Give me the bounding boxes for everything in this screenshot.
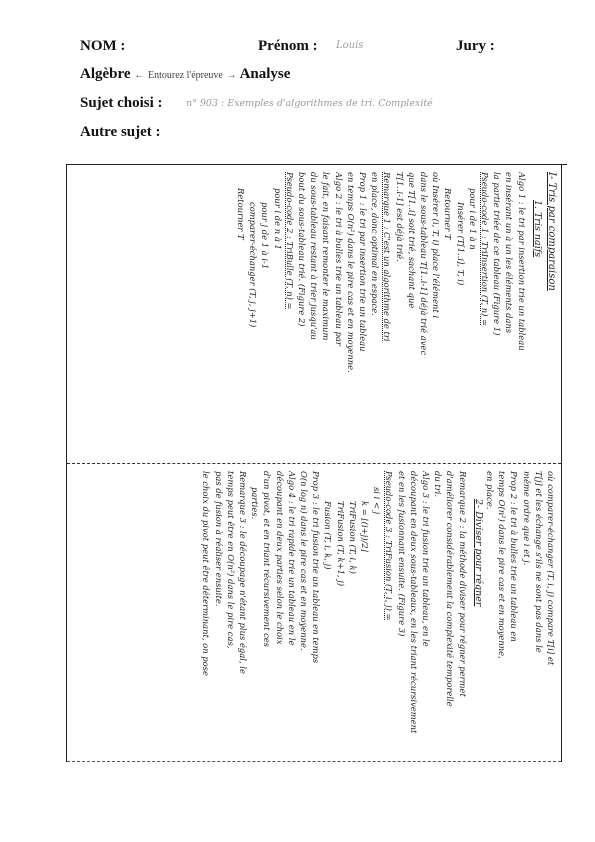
text-line: T[1..i-1] est déjà trié. <box>393 172 405 456</box>
arrow-left-icon: ← <box>134 70 144 81</box>
text-line: Retourner T <box>442 188 454 456</box>
text-line: TriFusion (T, i, k) <box>347 501 359 755</box>
lower-panel-text: où comparer-échanger (T, i, j) compare T… <box>67 465 561 761</box>
text-line: découpant en deux parties selon le choix <box>273 471 285 755</box>
subsection-title: 2- Diviser pour régner <box>472 499 484 755</box>
text-line: la partie triée de ce tableau (Figure 1) <box>491 172 503 456</box>
sujet-label: Sujet choisi : <box>80 95 163 112</box>
text-line: où Insérer (i, T, i) place l'élément i <box>430 172 442 456</box>
text-line: pas de fusion à réaliser ensuite. <box>212 471 224 755</box>
text-line: Prop 2 : le tri à bulles trie un tableau… <box>508 471 520 755</box>
text-line: du tri. <box>432 471 444 755</box>
box-bottom-border <box>67 761 561 762</box>
epreuve-line: Algèbre ← Entourez l'épreuve → Analyse <box>80 66 290 83</box>
text-line: découpant en deux sous-tableaux, en les … <box>408 471 420 755</box>
text-line: Algo 2 : le tri à bulles trie un tableau… <box>332 172 344 456</box>
text-line: Remarque 3 : le découpage n'étant plus é… <box>237 471 249 755</box>
arrow-right-icon: → <box>227 70 237 81</box>
text-line: pour j de 1 à i-1 <box>259 202 271 456</box>
autre-sujet-label: Autre sujet : <box>80 124 161 141</box>
text-line: Prop 1 : le tri par insertion trie un ta… <box>357 172 369 456</box>
jury-label: Jury : <box>456 38 495 55</box>
text-line: Pseudo-code 1 : TriInsertion (T, n) = <box>479 172 491 456</box>
upper-panel: I- Tris par comparaison 1. Tris naïfs Al… <box>67 166 561 462</box>
answer-box: I- Tris par comparaison 1. Tris naïfs Al… <box>66 164 562 762</box>
epreuve-algebre: Algèbre <box>80 66 131 82</box>
box-divider <box>67 463 561 464</box>
text-line: Algo 3 : le tri fusion trie un tableau, … <box>420 471 432 755</box>
prenom-value: Louis <box>336 40 363 51</box>
text-line: Algo 4 : le tri rapide trie un tableau e… <box>286 471 298 755</box>
nom-label: NOM : <box>80 38 125 55</box>
text-line: Fusion (T, i, k, j) <box>322 501 334 755</box>
text-line: bout du sous-tableau trié. (Figure 2) <box>296 172 308 456</box>
text-line: Pseudo-code 3 : TriFusion (T, i, j) = <box>383 471 395 755</box>
lower-panel: où comparer-échanger (T, i, j) compare T… <box>67 465 561 761</box>
text-line: en place. <box>484 471 496 755</box>
box-top-border <box>67 164 567 165</box>
text-line: et en les fusionnant ensuite. (Figure 3) <box>395 471 407 755</box>
text-line: parties. <box>249 487 261 755</box>
text-line: Prop 3 : le tri fusion trie un tableau e… <box>310 471 322 755</box>
epreuve-analyse: Analyse <box>240 66 291 82</box>
text-line: T[j] et les échange s'ils ne sont pas da… <box>533 471 545 755</box>
text-line: Pseudo-code 2 : TriBulle (T, n) = <box>284 172 296 456</box>
text-line: pour i de 1 à n <box>467 188 479 456</box>
section-title: I- Tris par comparaison <box>545 172 557 456</box>
text-line: temps O(n²) dans le pire cas et en moyen… <box>496 471 508 755</box>
text-line: où comparer-échanger (T, i, j) compare T… <box>545 471 557 755</box>
text-line: Remarque 1 : C'est un algorithme de tri <box>381 172 393 456</box>
text-line: O(n log n) dans le pire cas et en moyenn… <box>298 471 310 755</box>
text-line: d'améliorer considérablement la complexi… <box>444 471 456 755</box>
text-line: d'un pivot, et en triant récursivement c… <box>261 471 273 755</box>
text-line: dans le sous-tableau T[1..i-1] déjà trié… <box>418 172 430 456</box>
upper-panel-text: I- Tris par comparaison 1. Tris naïfs Al… <box>67 166 561 462</box>
text-line: en insérant un à un les éléments dans <box>503 172 515 456</box>
text-line: Retourner T <box>235 188 247 456</box>
text-line: le fait, en faisant remonter le maximum <box>320 172 332 456</box>
text-line: le choix du pivot peut être déterminant,… <box>200 471 212 755</box>
epreuve-instruction: Entourez l'épreuve <box>148 70 223 81</box>
text-line: en place, donc optimal en espace. <box>369 172 381 456</box>
text-line: TriFusion (T, k+1, j) <box>334 501 346 755</box>
text-line: Insérer (T[1..i], T, i) <box>454 202 466 456</box>
prenom-label: Prénom : <box>258 38 318 55</box>
text-line: k = ⌊(i+j)/2⌋ <box>359 501 371 755</box>
subsection-title: 1. Tris naïfs <box>531 200 543 456</box>
text-line: même ordre que i et j. <box>520 471 532 755</box>
text-line: Algo 1 : le tri par insertion trie un ta… <box>515 172 527 456</box>
text-line: que T[1..i] soit trié, sachant que <box>406 172 418 456</box>
text-line: du sous-tableau restant à trier jusqu'au <box>308 172 320 456</box>
text-line: comparer-échanger (T, j, j+1) <box>247 202 259 456</box>
text-line: temps peut être en O(n²) dans le pire ca… <box>225 471 237 755</box>
text-line: Remarque 2 : la méthode diviser pour rég… <box>456 471 468 755</box>
text-line: si i < j <box>371 487 383 755</box>
text-line: en temps O(n²) dans le pire cas et en mo… <box>345 172 357 456</box>
text-line: pour i de n à 1 <box>271 188 283 456</box>
sujet-value: n° 903 : Exemples d'algorithmes de tri. … <box>186 98 433 109</box>
